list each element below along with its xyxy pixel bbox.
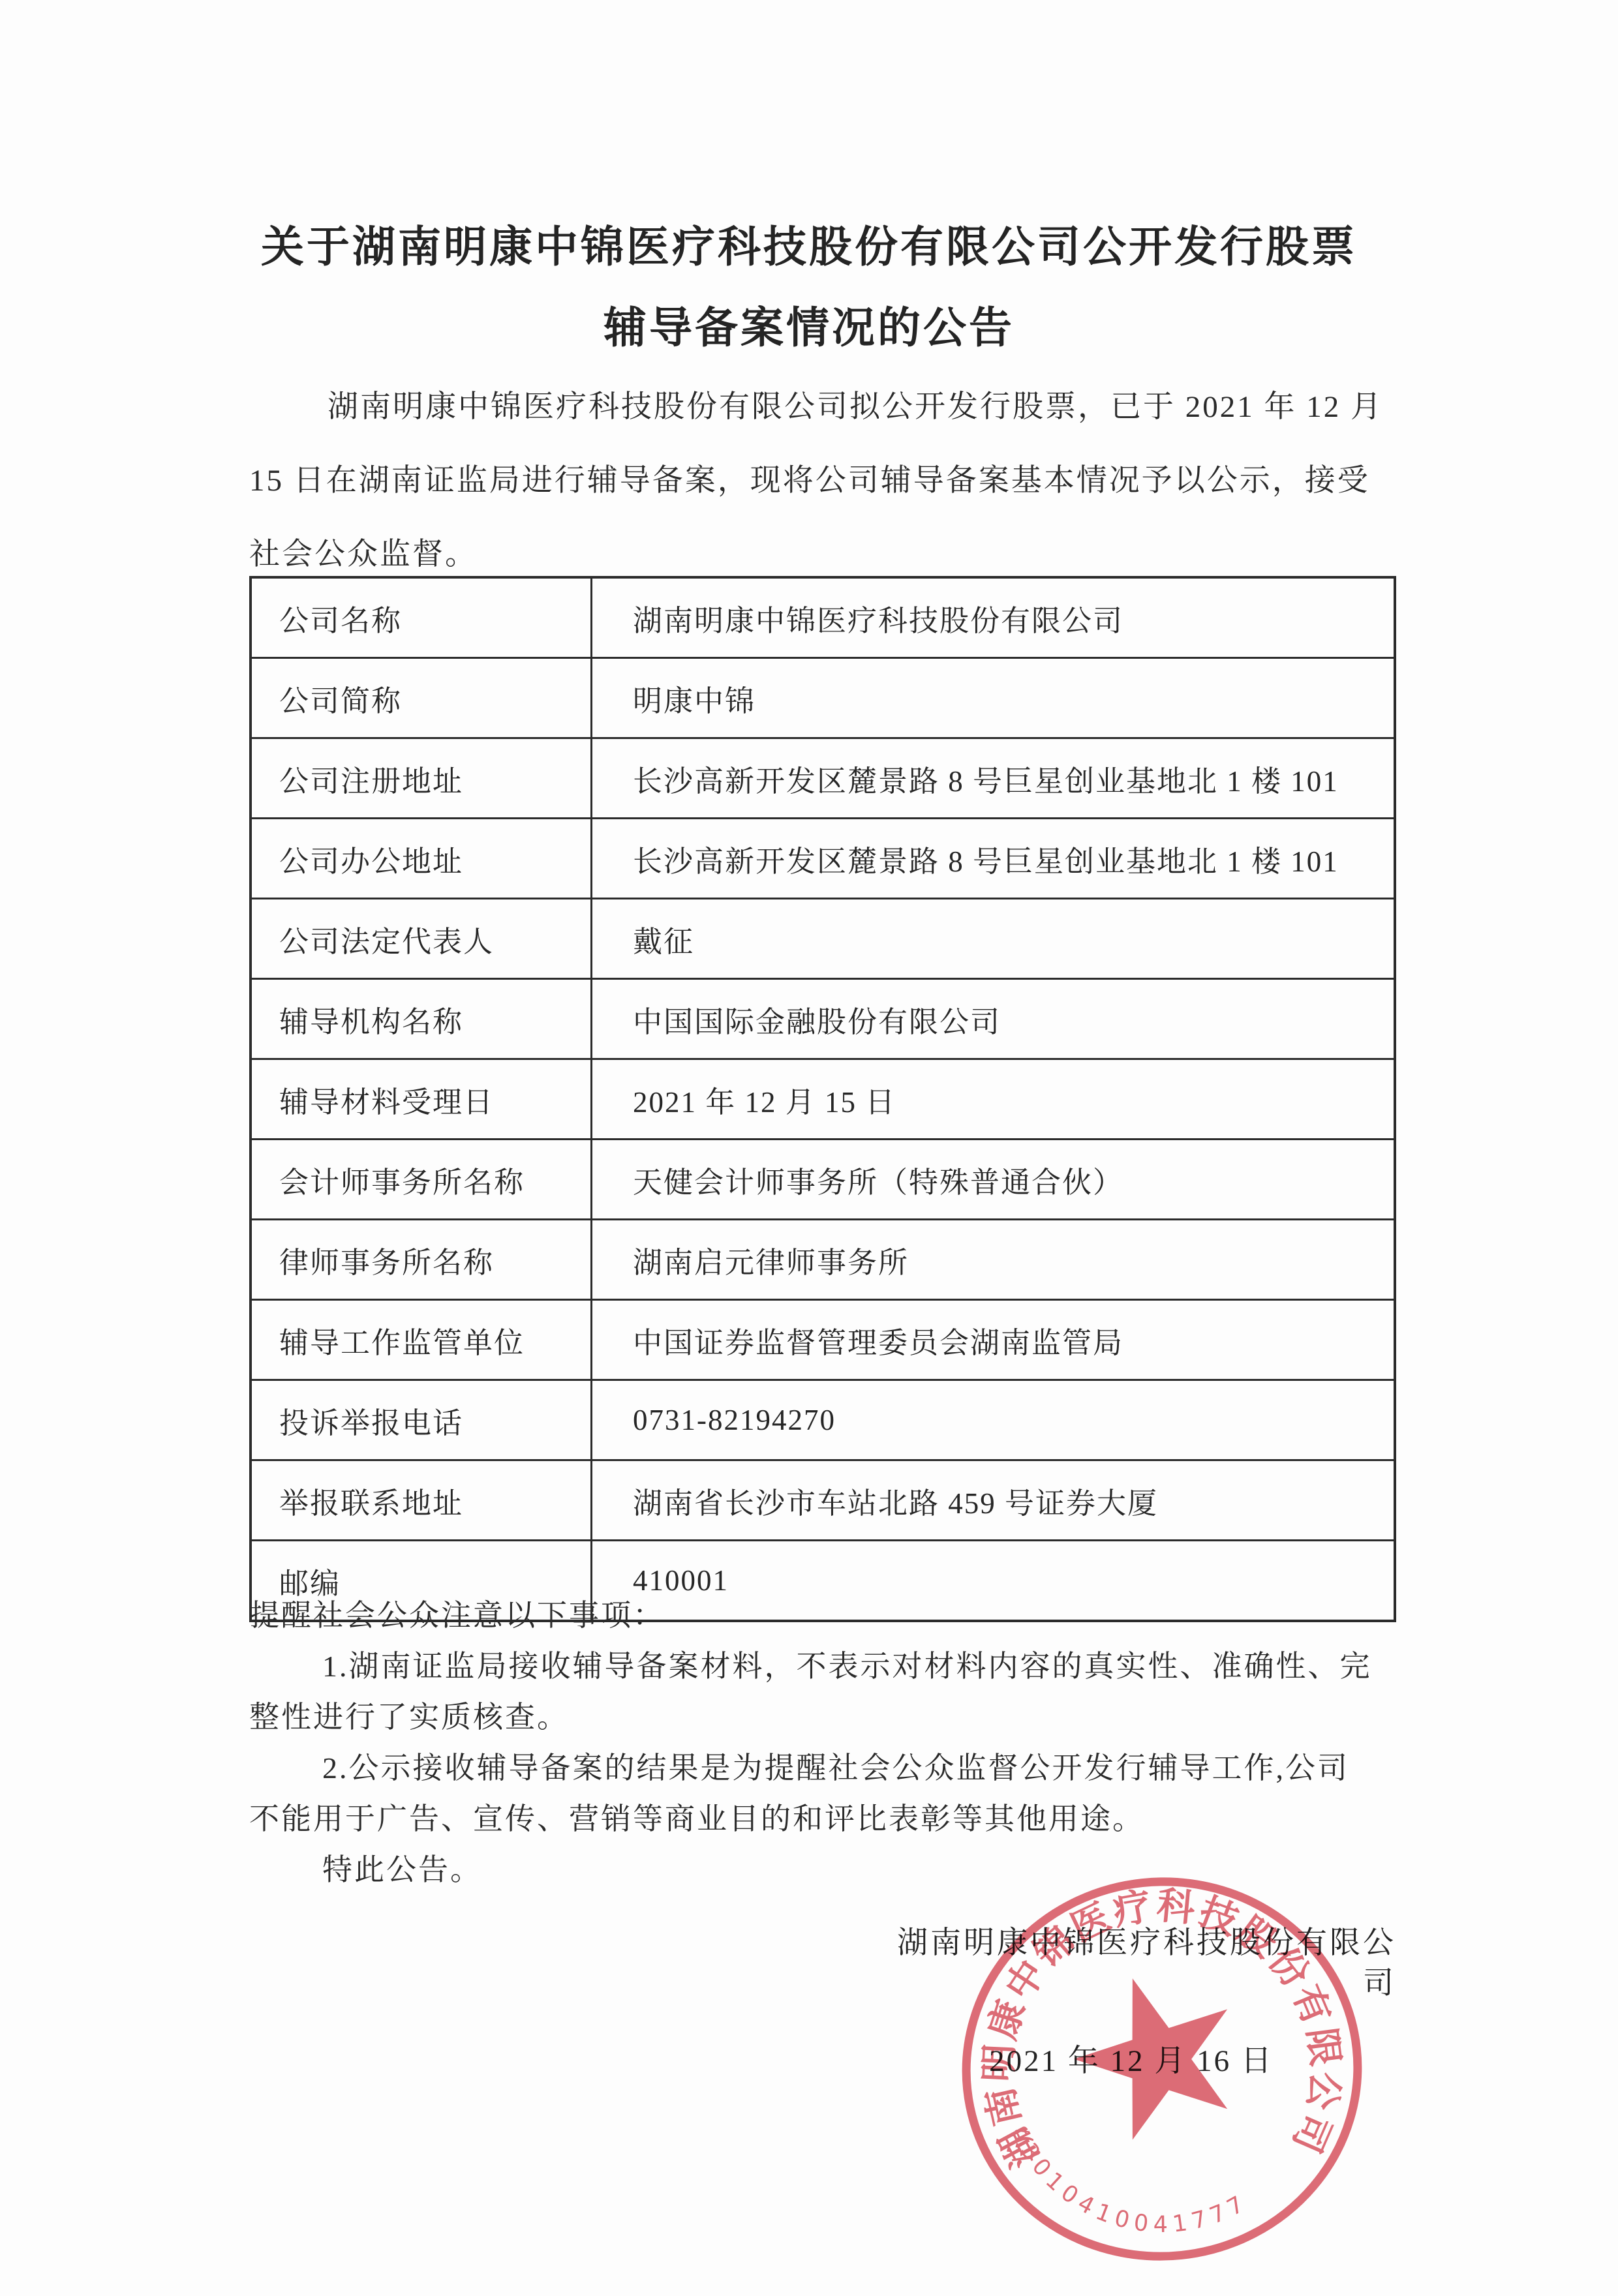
seal-serial-number: 43010410041777 xyxy=(1005,2100,1255,2254)
row-label: 公司注册地址 xyxy=(251,738,592,819)
row-label: 举报联系地址 xyxy=(251,1460,592,1541)
notes-line: 2.公示接收辅导备案的结果是为提醒社会公众监督公开发行辅导工作,公司 xyxy=(249,1743,1399,1794)
row-value: 中国国际金融股份有限公司 xyxy=(592,979,1396,1059)
row-value: 2021 年 12 月 15 日 xyxy=(592,1059,1396,1140)
row-value: 湖南省长沙市车站北路 459 号证券大厦 xyxy=(592,1460,1396,1541)
row-label: 公司简称 xyxy=(251,658,592,738)
row-value: 湖南启元律师事务所 xyxy=(592,1220,1396,1300)
table-row: 投诉举报电话 0731-82194270 xyxy=(251,1380,1395,1460)
row-label: 辅导机构名称 xyxy=(251,979,592,1059)
announcement-page: 关于湖南明康中锦医疗科技股份有限公司公开发行股票 辅导备案情况的公告 湖南明康中… xyxy=(0,0,1618,2296)
row-label: 公司法定代表人 xyxy=(251,899,592,979)
table-row: 举报联系地址 湖南省长沙市车站北路 459 号证券大厦 xyxy=(251,1460,1395,1541)
intro-line: 15 日在湖南证监局进行辅导备案，现将公司辅导备案基本情况予以公示，接受 xyxy=(249,444,1397,518)
table-row: 公司名称 湖南明康中锦医疗科技股份有限公司 xyxy=(251,577,1395,658)
row-label: 公司名称 xyxy=(251,577,592,658)
table-row: 公司法定代表人 戴征 xyxy=(251,899,1395,979)
row-value: 天健会计师事务所（特殊普通合伙） xyxy=(592,1140,1396,1220)
row-value: 戴征 xyxy=(592,899,1396,979)
row-label: 公司办公地址 xyxy=(251,819,592,899)
filing-info-table: 公司名称 湖南明康中锦医疗科技股份有限公司 公司简称 明康中锦 公司注册地址 长… xyxy=(249,576,1396,1622)
table-row: 公司简称 明康中锦 xyxy=(251,658,1395,738)
table-row: 律师事务所名称 湖南启元律师事务所 xyxy=(251,1220,1395,1300)
table-row: 辅导材料受理日 2021 年 12 月 15 日 xyxy=(251,1059,1395,1140)
row-label: 会计师事务所名称 xyxy=(251,1140,592,1220)
row-label: 投诉举报电话 xyxy=(251,1380,592,1460)
table-row: 会计师事务所名称 天健会计师事务所（特殊普通合伙） xyxy=(251,1140,1395,1220)
row-value: 中国证券监督管理委员会湖南监管局 xyxy=(592,1300,1396,1380)
title-line-2: 辅导备案情况的公告 xyxy=(0,288,1618,369)
notes-heading: 提醒社会公众注意以下事项： xyxy=(249,1590,1399,1641)
table-row: 辅导机构名称 中国国际金融股份有限公司 xyxy=(251,979,1395,1059)
public-notice-section: 提醒社会公众注意以下事项： 1.湖南证监局接收辅导备案材料，不表示对材料内容的真… xyxy=(249,1590,1399,1896)
star-icon xyxy=(1056,1954,1257,2149)
row-value: 长沙高新开发区麓景路 8 号巨星创业基地北 1 楼 101 xyxy=(592,738,1396,819)
notes-line: 整性进行了实质核查。 xyxy=(249,1692,1399,1743)
row-value: 湖南明康中锦医疗科技股份有限公司 xyxy=(592,577,1396,658)
intro-line: 湖南明康中锦医疗科技股份有限公司拟公开发行股票，已于 2021 年 12 月 xyxy=(249,370,1397,444)
row-label: 辅导材料受理日 xyxy=(251,1059,592,1140)
row-label: 辅导工作监管单位 xyxy=(251,1300,592,1380)
row-label: 律师事务所名称 xyxy=(251,1220,592,1300)
table-row: 公司注册地址 长沙高新开发区麓景路 8 号巨星创业基地北 1 楼 101 xyxy=(251,738,1395,819)
table-row: 公司办公地址 长沙高新开发区麓景路 8 号巨星创业基地北 1 楼 101 xyxy=(251,819,1395,899)
table-row: 辅导工作监管单位 中国证券监督管理委员会湖南监管局 xyxy=(251,1300,1395,1380)
notes-line: 1.湖南证监局接收辅导备案材料，不表示对材料内容的真实性、准确性、完 xyxy=(249,1641,1399,1692)
title-line-1: 关于湖南明康中锦医疗科技股份有限公司公开发行股票 xyxy=(0,207,1618,288)
row-value: 长沙高新开发区麓景路 8 号巨星创业基地北 1 楼 101 xyxy=(592,819,1396,899)
company-seal: 湖南明康中锦医疗科技股份有限公司 43010410041777 xyxy=(951,1873,1373,2275)
row-value: 0731-82194270 xyxy=(592,1380,1396,1460)
notes-line: 不能用于广告、宣传、营销等商业目的和评比表彰等其他用途。 xyxy=(249,1794,1399,1845)
row-value: 明康中锦 xyxy=(592,658,1396,738)
page-title: 关于湖南明康中锦医疗科技股份有限公司公开发行股票 辅导备案情况的公告 xyxy=(0,207,1618,369)
intro-paragraph: 湖南明康中锦医疗科技股份有限公司拟公开发行股票，已于 2021 年 12 月 1… xyxy=(249,370,1397,592)
